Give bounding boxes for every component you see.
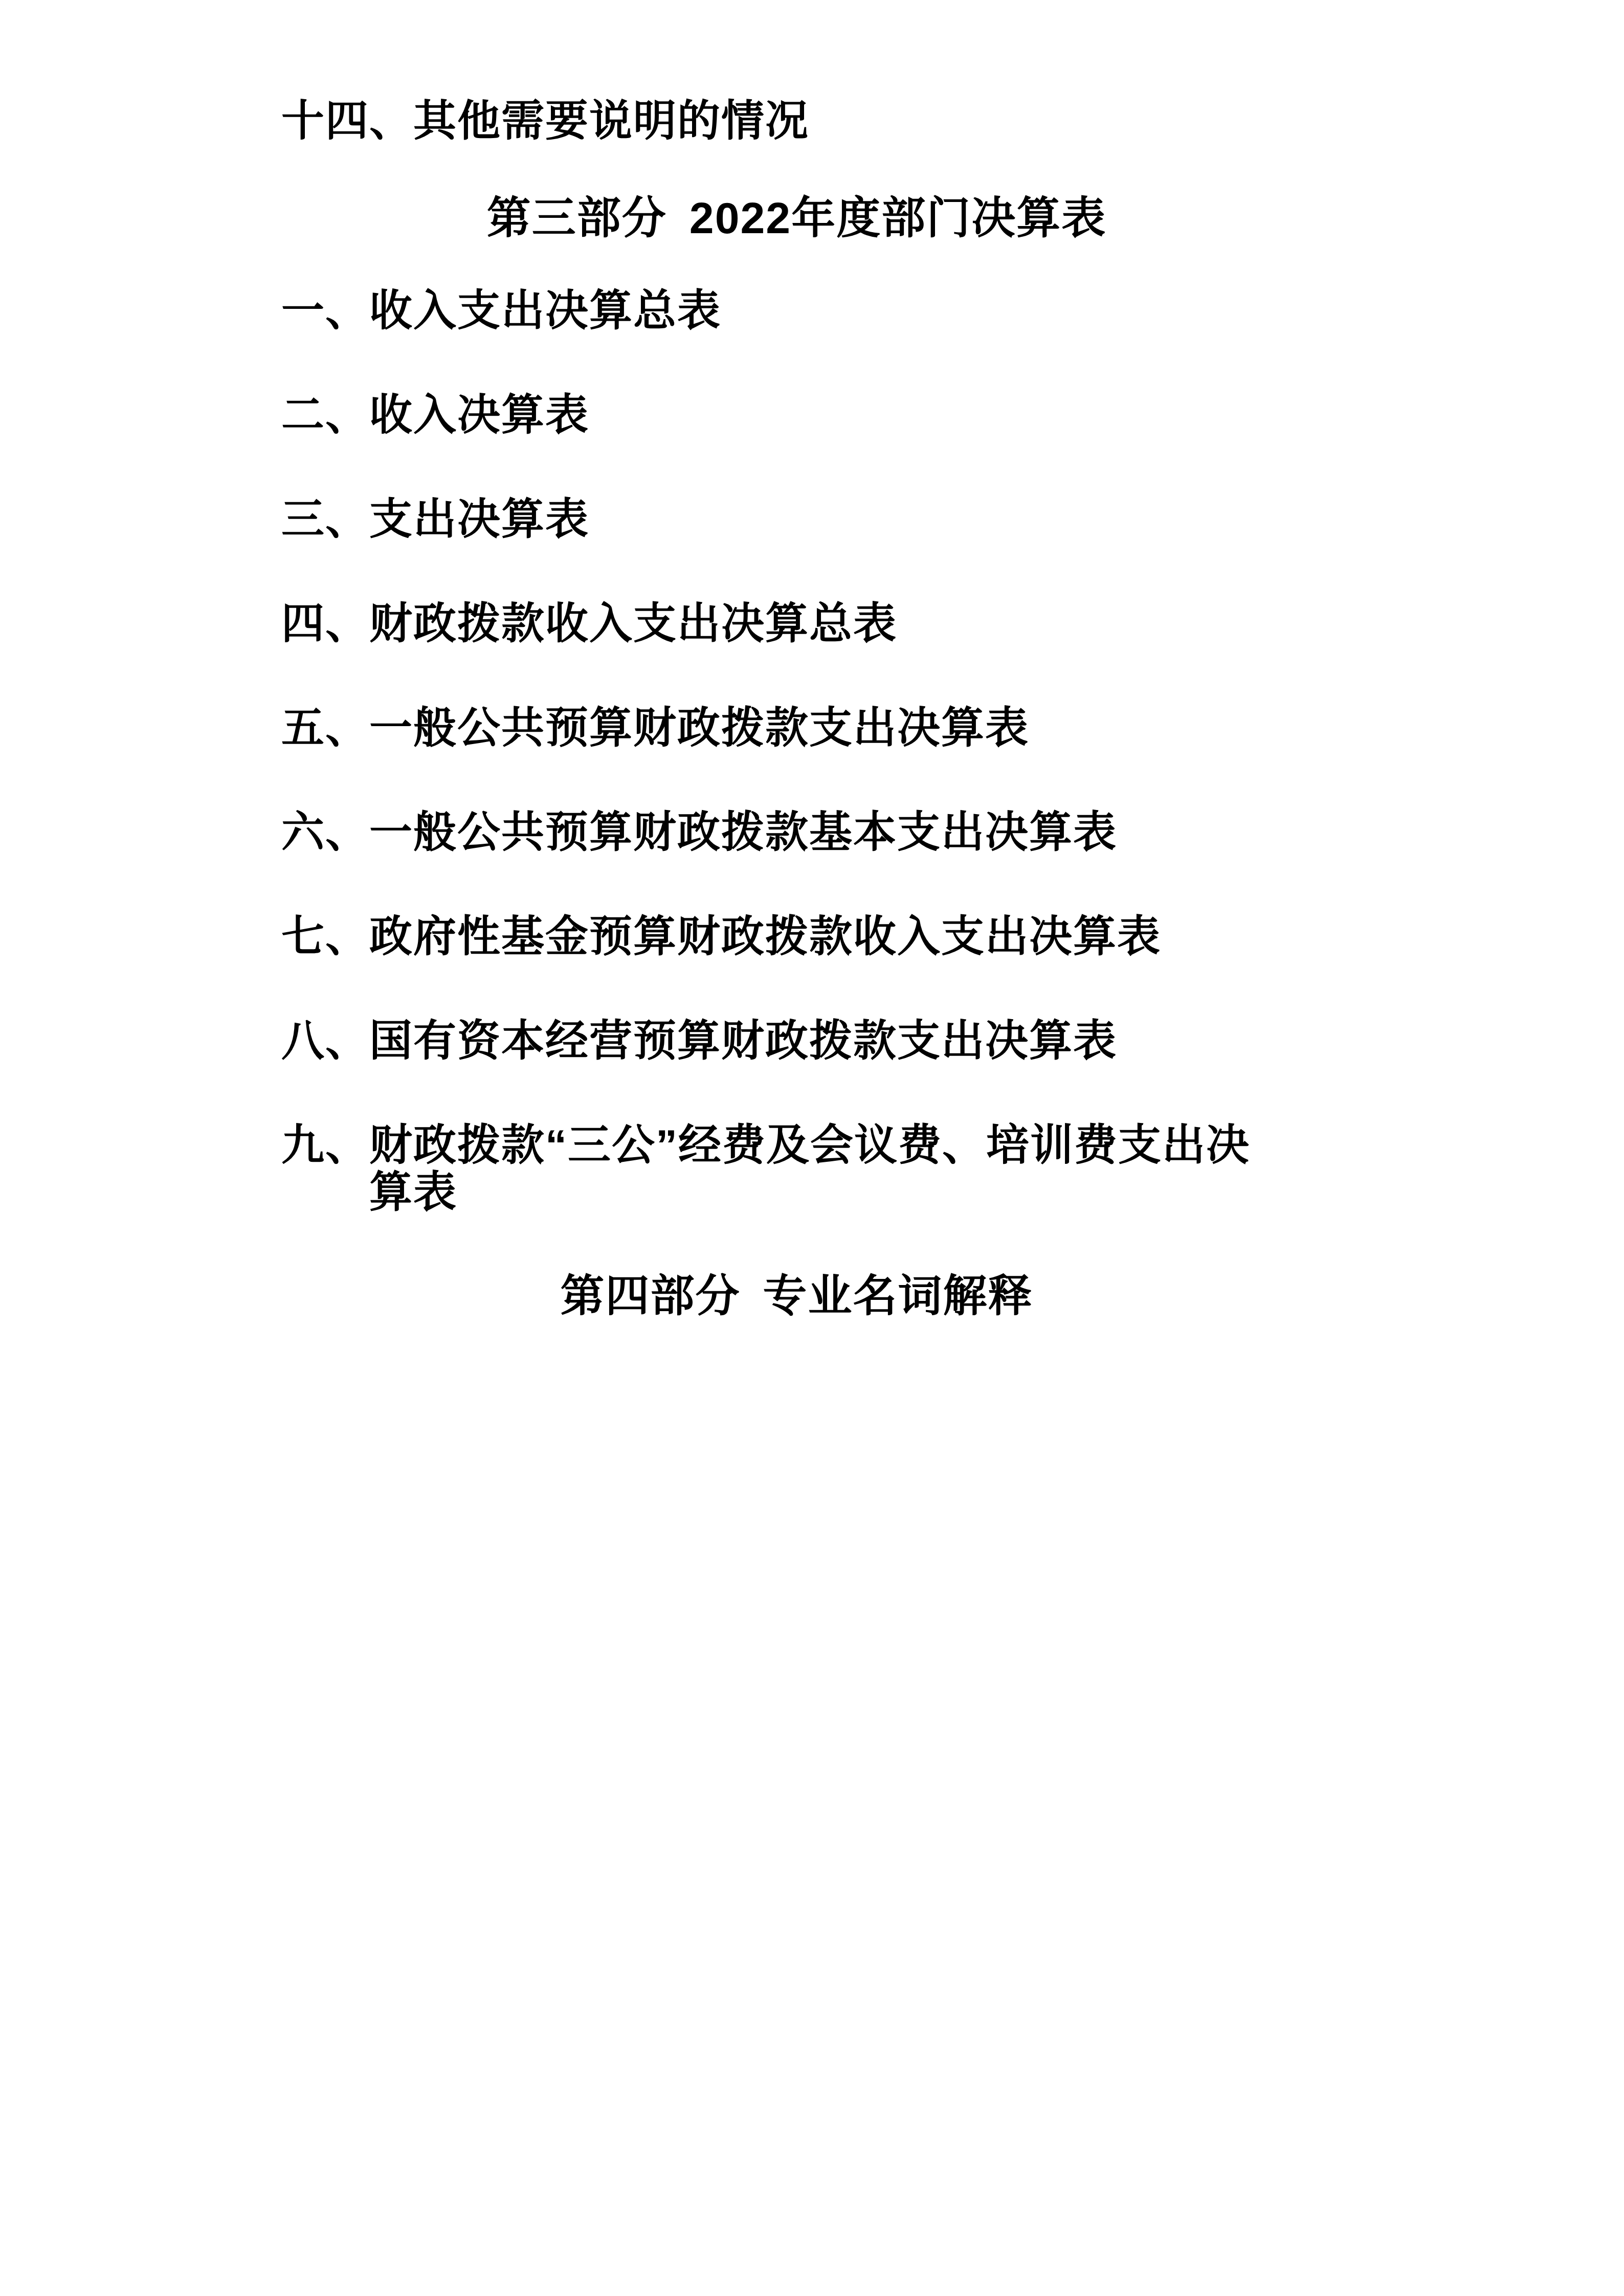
section3-title: 2022年度部门决算表 [689, 194, 1106, 243]
toc-item-2: 二、收入决算表 [281, 391, 1394, 438]
toc-item-3-number: 三、 [281, 496, 369, 543]
toc-item-1-label: 收入支出决算总表 [369, 287, 721, 334]
toc-item-8-number: 八、 [281, 1017, 369, 1064]
toc-item-7-label: 政府性基金预算财政拨款收入支出决算表 [369, 913, 1161, 960]
toc-item-1-number: 一、 [281, 287, 369, 334]
toc-item-6: 六、一般公共预算财政拨款基本支出决算表 [281, 808, 1394, 856]
toc-item-2-label: 收入决算表 [369, 391, 589, 438]
toc-item-7-number: 七、 [281, 913, 369, 960]
toc-item-14-label: 其他需要说明的情况 [413, 97, 809, 144]
toc-item-3: 三、支出决算表 [281, 496, 1394, 543]
toc-item-5-label: 一般公共预算财政拨款支出决算表 [369, 704, 1029, 751]
toc-item-6-label: 一般公共预算财政拨款基本支出决算表 [369, 808, 1117, 856]
toc-item-4: 四、财政拨款收入支出决算总表 [281, 600, 1394, 647]
toc-item-4-number: 四、 [281, 600, 369, 647]
section3-part-label: 第三部分 [487, 194, 667, 243]
toc-item-3-label: 支出决算表 [369, 496, 589, 543]
toc-item-2-number: 二、 [281, 391, 369, 438]
toc-item-9-label: 财政拨款“三公”经费及会议费、培训费支出决算表 [369, 1121, 1280, 1215]
toc-item-8: 八、国有资本经营预算财政拨款支出决算表 [281, 1017, 1394, 1064]
toc-item-7: 七、政府性基金预算财政拨款收入支出决算表 [281, 913, 1394, 960]
toc-item-9-number: 九、 [281, 1121, 369, 1168]
toc-item-5: 五、一般公共预算财政拨款支出决算表 [281, 704, 1394, 751]
toc-item-8-label: 国有资本经营预算财政拨款支出决算表 [369, 1017, 1117, 1064]
section4-title: 专业名词解释 [763, 1272, 1033, 1321]
document-page: 十四、其他需要说明的情况 第三部分2022年度部门决算表 一、收入支出决算总表 … [0, 0, 1624, 2296]
toc-item-4-label: 财政拨款收入支出决算总表 [369, 600, 897, 647]
toc-item-6-number: 六、 [281, 808, 369, 856]
section3-heading: 第三部分2022年度部门决算表 [281, 195, 1394, 242]
toc-item-9: 九、财政拨款“三公”经费及会议费、培训费支出决算表 [281, 1121, 1394, 1215]
section4-heading: 第四部分专业名词解释 [281, 1273, 1394, 1320]
toc-item-14-number: 十四、 [281, 97, 413, 144]
toc-item-1: 一、收入支出决算总表 [281, 287, 1394, 334]
toc-item-5-number: 五、 [281, 704, 369, 751]
toc-item-14: 十四、其他需要说明的情况 [281, 97, 1394, 144]
document-content: 十四、其他需要说明的情况 第三部分2022年度部门决算表 一、收入支出决算总表 … [281, 97, 1394, 1320]
section4-part-label: 第四部分 [561, 1272, 741, 1321]
